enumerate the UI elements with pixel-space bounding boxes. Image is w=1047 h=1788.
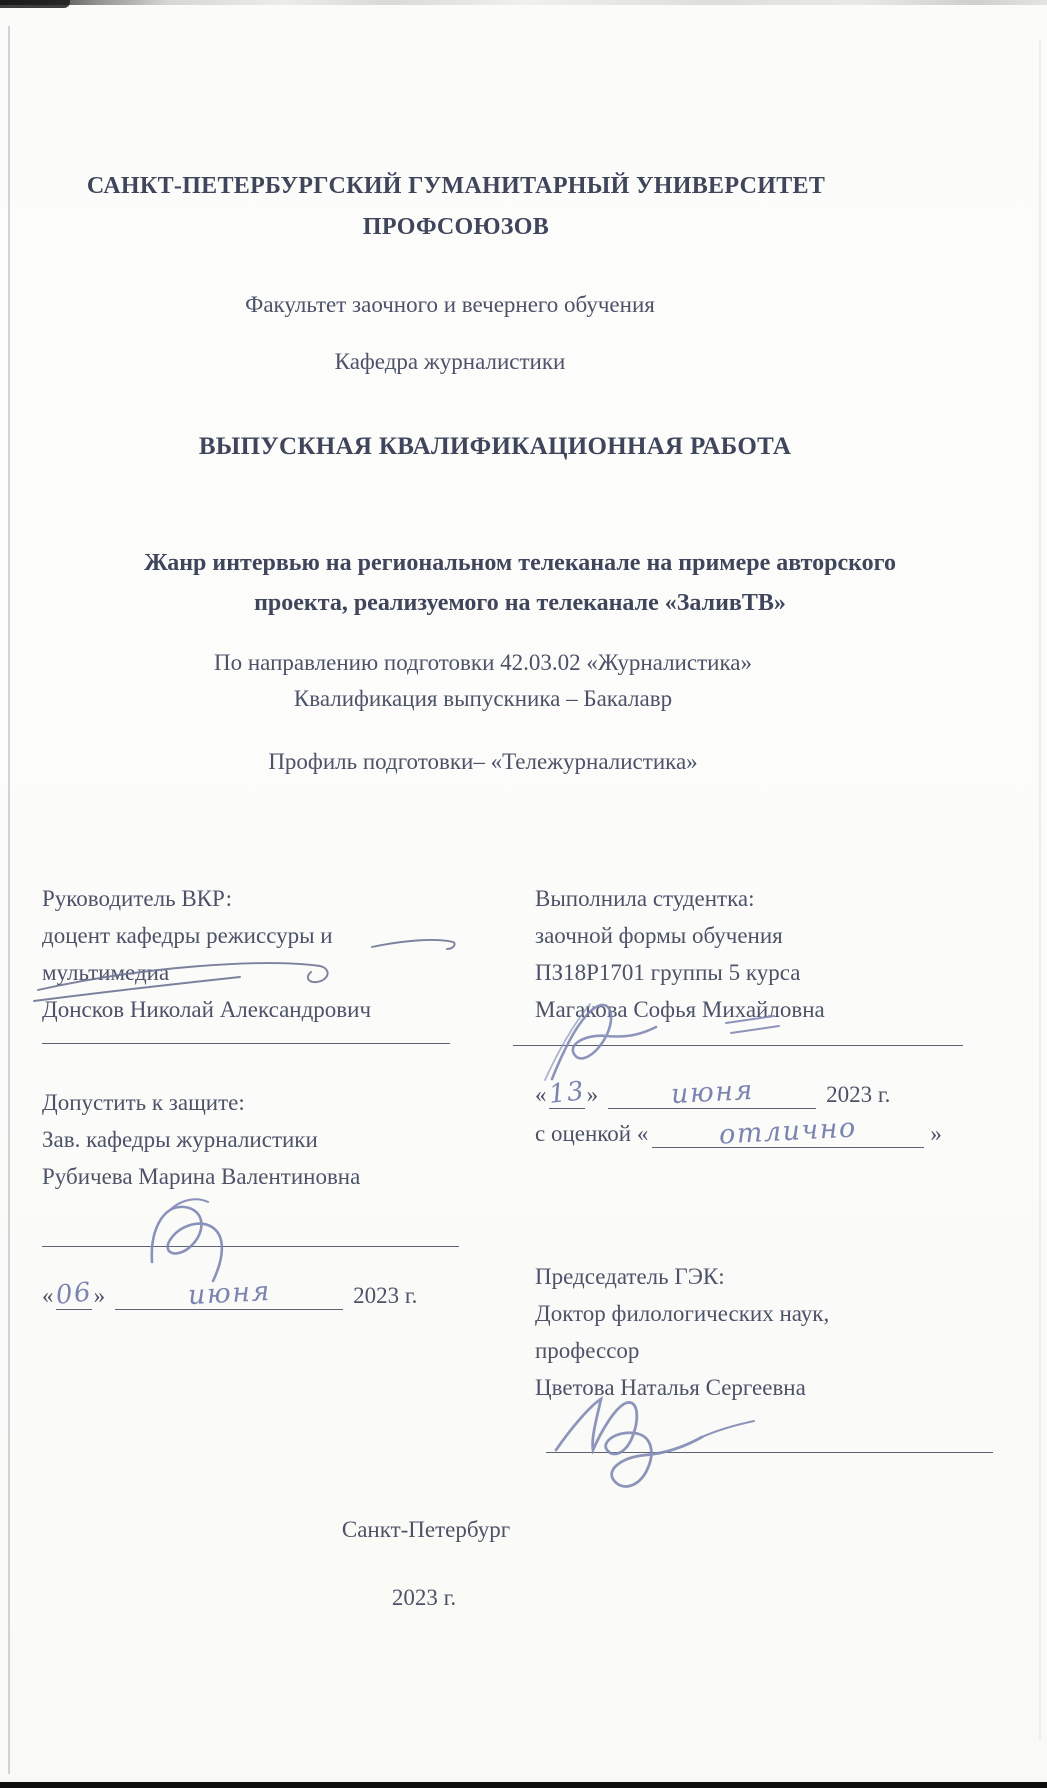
admission-date-day-field: 06 bbox=[56, 1283, 92, 1310]
scan-artifact-right-edge bbox=[1039, 40, 1041, 1740]
student-label: Выполнила студентка: bbox=[535, 880, 985, 917]
scan-artifact-left-edge bbox=[8, 26, 10, 1774]
open-quote: « bbox=[535, 1082, 547, 1108]
admission-date-row: «06» июня 2023 г. bbox=[42, 1283, 502, 1310]
supervisor-name: Донсков Николай Александрович bbox=[42, 991, 482, 1028]
department-name: Кафедра журналистики bbox=[0, 349, 900, 375]
scan-artifact-bottom-edge bbox=[0, 1782, 1047, 1788]
university-name-line1: САНКТ-ПЕТЕРБУРГСКИЙ ГУМАНИТАРНЫЙ УНИВЕРС… bbox=[0, 166, 912, 207]
admission-date-day-handwritten: 06 bbox=[55, 1282, 93, 1306]
admission-block: Допустить к защите: Зав. кафедры журнали… bbox=[42, 1084, 482, 1195]
defense-date-day-field: 13 bbox=[549, 1082, 585, 1109]
committee-chair-label: Председатель ГЭК: bbox=[535, 1258, 995, 1295]
student-study-form: заочной формы обучения bbox=[535, 917, 985, 954]
profile-line: Профиль подготовки– «Тележурналистика» bbox=[0, 749, 966, 775]
faculty-name: Факультет заочного и вечернего обучения bbox=[0, 292, 900, 318]
close-quote: » bbox=[94, 1283, 106, 1309]
department-head-signature-line bbox=[42, 1246, 459, 1247]
committee-degree-line1: Доктор филологических наук, bbox=[535, 1295, 995, 1332]
thesis-title: Жанр интервью на региональном телеканале… bbox=[20, 543, 1020, 623]
department-head-name: Рубичева Марина Валентиновна bbox=[42, 1158, 482, 1195]
university-name-line2: ПРОФСОЮЗОВ bbox=[0, 207, 912, 248]
admit-label: Допустить к защите: bbox=[42, 1084, 482, 1121]
grade-field: отлично bbox=[652, 1121, 924, 1148]
open-quote: « bbox=[42, 1283, 54, 1309]
defense-date-month-field: июня bbox=[608, 1082, 816, 1109]
document-page: САНКТ-ПЕТЕРБУРГСКИЙ ГУМАНИТАРНЫЙ УНИВЕРС… bbox=[0, 0, 1047, 1788]
program-block: По направлению подготовки 42.03.02 «Журн… bbox=[0, 645, 966, 717]
admission-date-year: 2023 г. bbox=[353, 1283, 417, 1309]
supervisor-label: Руководитель ВКР: bbox=[42, 880, 482, 917]
scan-artifact-top-edge bbox=[0, 0, 1047, 5]
student-group: ПЗ18Р1701 группы 5 курса bbox=[535, 954, 985, 991]
work-type-heading: ВЫПУСКНАЯ КВАЛИФИКАЦИОННАЯ РАБОТА bbox=[0, 433, 990, 461]
scan-artifact-top-left-blob bbox=[0, 0, 70, 8]
defense-date-day-handwritten: 13 bbox=[548, 1081, 586, 1105]
department-head-signature-ink bbox=[152, 1199, 222, 1281]
student-block: Выполнила студентка: заочной формы обуче… bbox=[535, 880, 985, 1028]
defense-date-year: 2023 г. bbox=[826, 1082, 890, 1108]
grade-label-prefix: с оценкой « bbox=[535, 1121, 648, 1147]
university-name: САНКТ-ПЕТЕРБУРГСКИЙ ГУМАНИТАРНЫЙ УНИВЕРС… bbox=[0, 166, 912, 248]
student-signature-line bbox=[513, 1045, 963, 1046]
supervisor-position-line2: мультимедиа bbox=[42, 954, 482, 991]
footer-year: 2023 г. bbox=[0, 1585, 848, 1611]
qualification-line: Квалификация выпускника – Бакалавр bbox=[0, 681, 966, 717]
supervisor-signature-line bbox=[42, 1043, 450, 1044]
footer-city: Санкт-Петербург bbox=[0, 1517, 852, 1543]
supervisor-position-line1: доцент кафедры режиссуры и bbox=[42, 917, 482, 954]
admission-date-month-field: июня bbox=[115, 1283, 343, 1310]
grade-row: с оценкой « отлично » bbox=[535, 1121, 995, 1148]
admission-date-month-handwritten: июня bbox=[187, 1281, 271, 1307]
thesis-title-line2: проекта, реализуемого на телеканале «Зал… bbox=[20, 583, 1020, 623]
department-head-position: Зав. кафедры журналистики bbox=[42, 1121, 482, 1158]
committee-chair-signature-ink bbox=[556, 1399, 754, 1486]
close-quote: » bbox=[587, 1082, 599, 1108]
thesis-title-line1: Жанр интервью на региональном телеканале… bbox=[20, 543, 1020, 583]
committee-signature-line bbox=[546, 1452, 993, 1453]
supervisor-block: Руководитель ВКР: доцент кафедры режиссу… bbox=[42, 880, 482, 1028]
student-name: Магакова Софья Михайловна bbox=[535, 991, 985, 1028]
program-line: По направлению подготовки 42.03.02 «Журн… bbox=[0, 645, 966, 681]
grade-close-quote: » bbox=[930, 1121, 942, 1147]
grade-value-handwritten: отлично bbox=[719, 1117, 858, 1146]
committee-chair-name: Цветова Наталья Сергеевна bbox=[535, 1369, 995, 1406]
committee-degree-line2: профессор bbox=[535, 1332, 995, 1369]
committee-block: Председатель ГЭК: Доктор филологических … bbox=[535, 1258, 995, 1406]
defense-date-row: «13» июня 2023 г. bbox=[535, 1082, 995, 1109]
defense-date-month-handwritten: июня bbox=[670, 1080, 754, 1106]
